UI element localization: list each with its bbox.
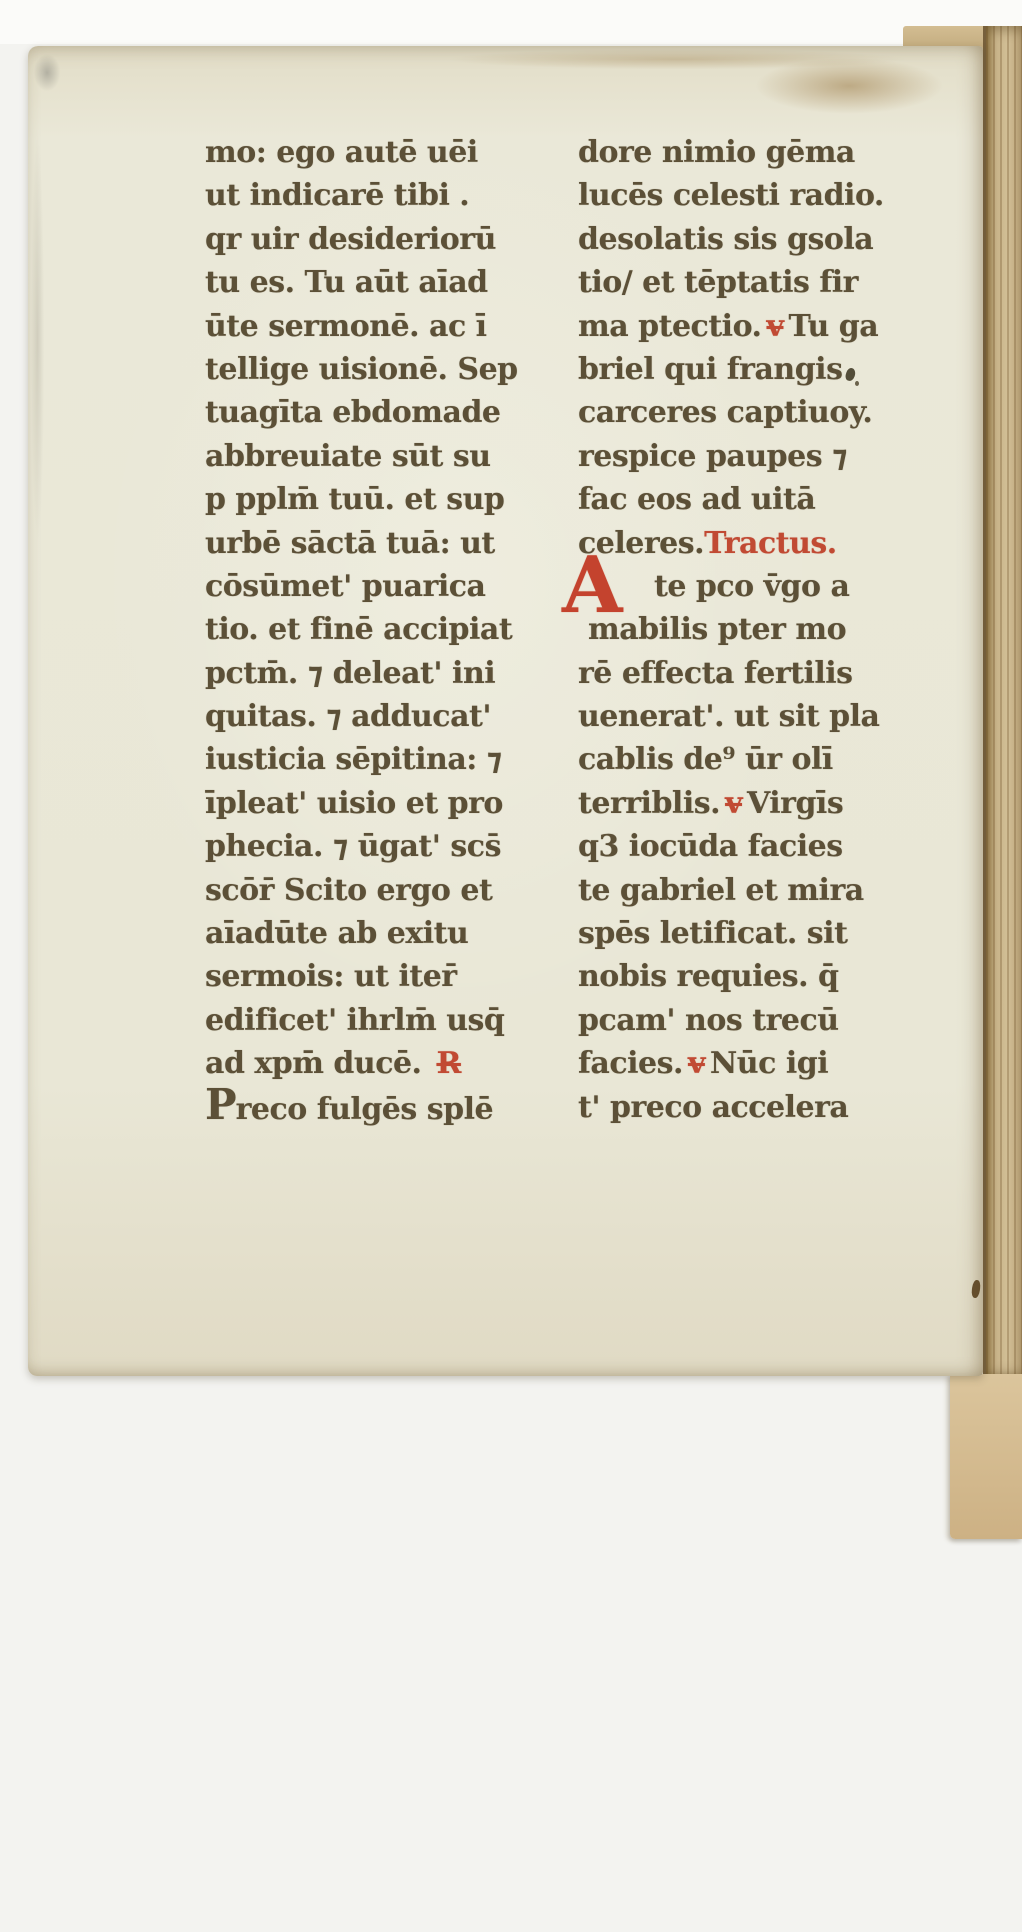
book-page-edges — [983, 26, 1022, 1378]
body-text: tuagīta ebdomade — [205, 395, 501, 430]
text-line: spēs letificat. sit — [578, 912, 948, 955]
rubric-text: R — [431, 1046, 465, 1081]
text-line: ut indicarē tibi . — [205, 174, 575, 217]
text-line: t' preco accelera — [578, 1086, 948, 1129]
text-column-right: A dore nimio gēmalucēs celesti radio.des… — [578, 131, 948, 1129]
text-line: cōsūmet' puarica — [205, 565, 575, 608]
body-text: īpleat' uisio et pro — [205, 786, 503, 821]
text-line: fac eos ad uitā — [578, 478, 948, 521]
body-text: urbē sāctā tuā: ut — [205, 526, 495, 561]
body-text: iusticia sēpitina: ⁊ — [205, 742, 502, 777]
rubric-text: v — [720, 786, 747, 821]
body-text: tellige uisionē. Sep — [205, 352, 518, 387]
body-text: ut indicarē tibi . — [205, 178, 469, 213]
text-line: facies.vNūc igi — [578, 1042, 948, 1085]
body-text: nobis requies. q̄ — [578, 959, 838, 994]
body-text: sermois: ut iter̄ — [205, 959, 457, 994]
body-text: tio/ et tēptatis fir — [578, 265, 858, 300]
text-line: sermois: ut iter̄ — [205, 955, 575, 998]
text-line: briel qui frangis — [578, 348, 948, 391]
text-line: ma ptectio.vTu ga — [578, 305, 948, 348]
body-text: Tu ga — [788, 309, 878, 344]
text-line: rē effecta fertilis — [578, 652, 948, 695]
body-text: respice paupes ⁊ — [578, 439, 847, 474]
body-text: lucēs celesti radio. — [578, 178, 884, 213]
text-line: ūte sermonē. ac ī — [205, 305, 575, 348]
text-line: pctm̄. ⁊ deleat' ini — [205, 652, 575, 695]
body-text: tio. et finē accipiat — [205, 612, 512, 647]
body-text: te gabriel et mira — [578, 873, 864, 908]
body-text: fac eos ad uitā — [578, 482, 815, 517]
text-line: īpleat' uisio et pro — [205, 782, 575, 825]
text-line: tu es. Tu aūt aīad — [205, 261, 575, 304]
body-text: pcam' nos trecū — [578, 1003, 839, 1038]
body-text: tu es. Tu aūt aīad — [205, 265, 488, 300]
text-line: uenerat'. ut sit pla — [578, 695, 948, 738]
body-text: cablis de⁹ ūr olī — [578, 742, 833, 777]
body-text: ad xpm̄ ducē. — [205, 1046, 431, 1081]
body-text: ūte sermonē. ac ī — [205, 309, 487, 344]
body-text: rē effecta fertilis — [578, 656, 853, 691]
text-line: te pco v̄go a — [578, 565, 948, 608]
rubric-text: P — [205, 1080, 236, 1129]
background-strip — [0, 0, 1022, 44]
text-line: tio/ et tēptatis fir — [578, 261, 948, 304]
text-line: respice paupes ⁊ — [578, 435, 948, 478]
body-text: mabilis pter mo — [588, 612, 846, 647]
body-text: q3 iocūda facies — [578, 829, 843, 864]
text-line: iusticia sēpitina: ⁊ — [205, 738, 575, 781]
body-text: te pco v̄go a — [654, 569, 849, 604]
text-line: dore nimio gēma — [578, 131, 948, 174]
body-text: Virgīs — [747, 786, 843, 821]
body-text: reco fulgēs splē — [236, 1092, 493, 1127]
text-column-left: mo: ego autē uēiut indicarē tibi .qr uir… — [205, 131, 575, 1129]
text-line: desolatis sis gsola — [578, 218, 948, 261]
drop-cap-initial: A — [562, 547, 622, 625]
body-text: terriblis. — [578, 786, 720, 821]
text-line: edificet' ihrlm̄ usq̄ — [205, 999, 575, 1042]
text-line: tuagīta ebdomade — [205, 391, 575, 434]
body-text: mo: ego autē uēi — [205, 135, 478, 170]
text-line: tio. et finē accipiat — [205, 608, 575, 651]
body-text: briel qui frangis — [578, 352, 842, 387]
body-text: abbreuiate sūt su — [205, 439, 491, 474]
text-line: phecia. ⁊ ūgat' scs̄ — [205, 825, 575, 868]
body-text: quitas. ⁊ adducat' — [205, 699, 491, 734]
text-line: p pplm̄ tuū. et sup — [205, 478, 575, 521]
body-text: phecia. ⁊ ūgat' scs̄ — [205, 829, 501, 864]
text-line: q3 iocūda facies — [578, 825, 948, 868]
manuscript-photograph: mo: ego autē uēiut indicarē tibi .qr uir… — [0, 0, 1022, 1932]
body-text: ma ptectio. — [578, 309, 762, 344]
body-text: Nūc igi — [710, 1046, 828, 1081]
text-line: celeres.Tractus. — [578, 522, 948, 565]
text-line: abbreuiate sūt su — [205, 435, 575, 478]
body-text: dore nimio gēma — [578, 135, 855, 170]
text-line: aīadūte ab exitu — [205, 912, 575, 955]
body-text: desolatis sis gsola — [578, 222, 873, 257]
text-line: quitas. ⁊ adducat' — [205, 695, 575, 738]
text-line: tellige uisionē. Sep — [205, 348, 575, 391]
body-text: pctm̄. ⁊ deleat' ini — [205, 656, 495, 691]
text-line: pcam' nos trecū — [578, 999, 948, 1042]
text-line: mabilis pter mo — [578, 608, 948, 651]
text-line: lucēs celesti radio. — [578, 174, 948, 217]
body-text: facies. — [578, 1046, 683, 1081]
text-line: cablis de⁹ ūr olī — [578, 738, 948, 781]
body-text: uenerat'. ut sit pla — [578, 699, 879, 734]
body-text: scōr̄ Scito ergo et — [205, 873, 492, 908]
text-line: te gabriel et mira — [578, 869, 948, 912]
backing-page-corner — [950, 1374, 1022, 1539]
text-line: mo: ego autē uēi — [205, 131, 575, 174]
text-line: ad xpm̄ ducē. R — [205, 1042, 575, 1085]
rubric-text: v — [683, 1046, 710, 1081]
body-text: carceres captiuoy. — [578, 395, 872, 430]
body-text: aīadūte ab exitu — [205, 916, 468, 951]
body-text: edificet' ihrlm̄ usq̄ — [205, 1003, 504, 1038]
body-text: qr uir desideriorū — [205, 222, 496, 257]
body-text: p pplm̄ tuū. et sup — [205, 482, 504, 517]
text-line: Preco fulgēs splē — [205, 1086, 575, 1129]
text-line: urbē sāctā tuā: ut — [205, 522, 575, 565]
text-line: qr uir desideriorū — [205, 218, 575, 261]
body-text: t' preco accelera — [578, 1090, 848, 1125]
rubric-text: Tractus. — [704, 526, 837, 561]
text-line: terriblis.vVirgīs — [578, 782, 948, 825]
text-line: scōr̄ Scito ergo et — [205, 869, 575, 912]
body-text: spēs letificat. sit — [578, 916, 847, 951]
body-text: cōsūmet' puarica — [205, 569, 485, 604]
text-line: carceres captiuoy. — [578, 391, 948, 434]
rubric-text: v — [762, 309, 789, 344]
text-line: nobis requies. q̄ — [578, 955, 948, 998]
